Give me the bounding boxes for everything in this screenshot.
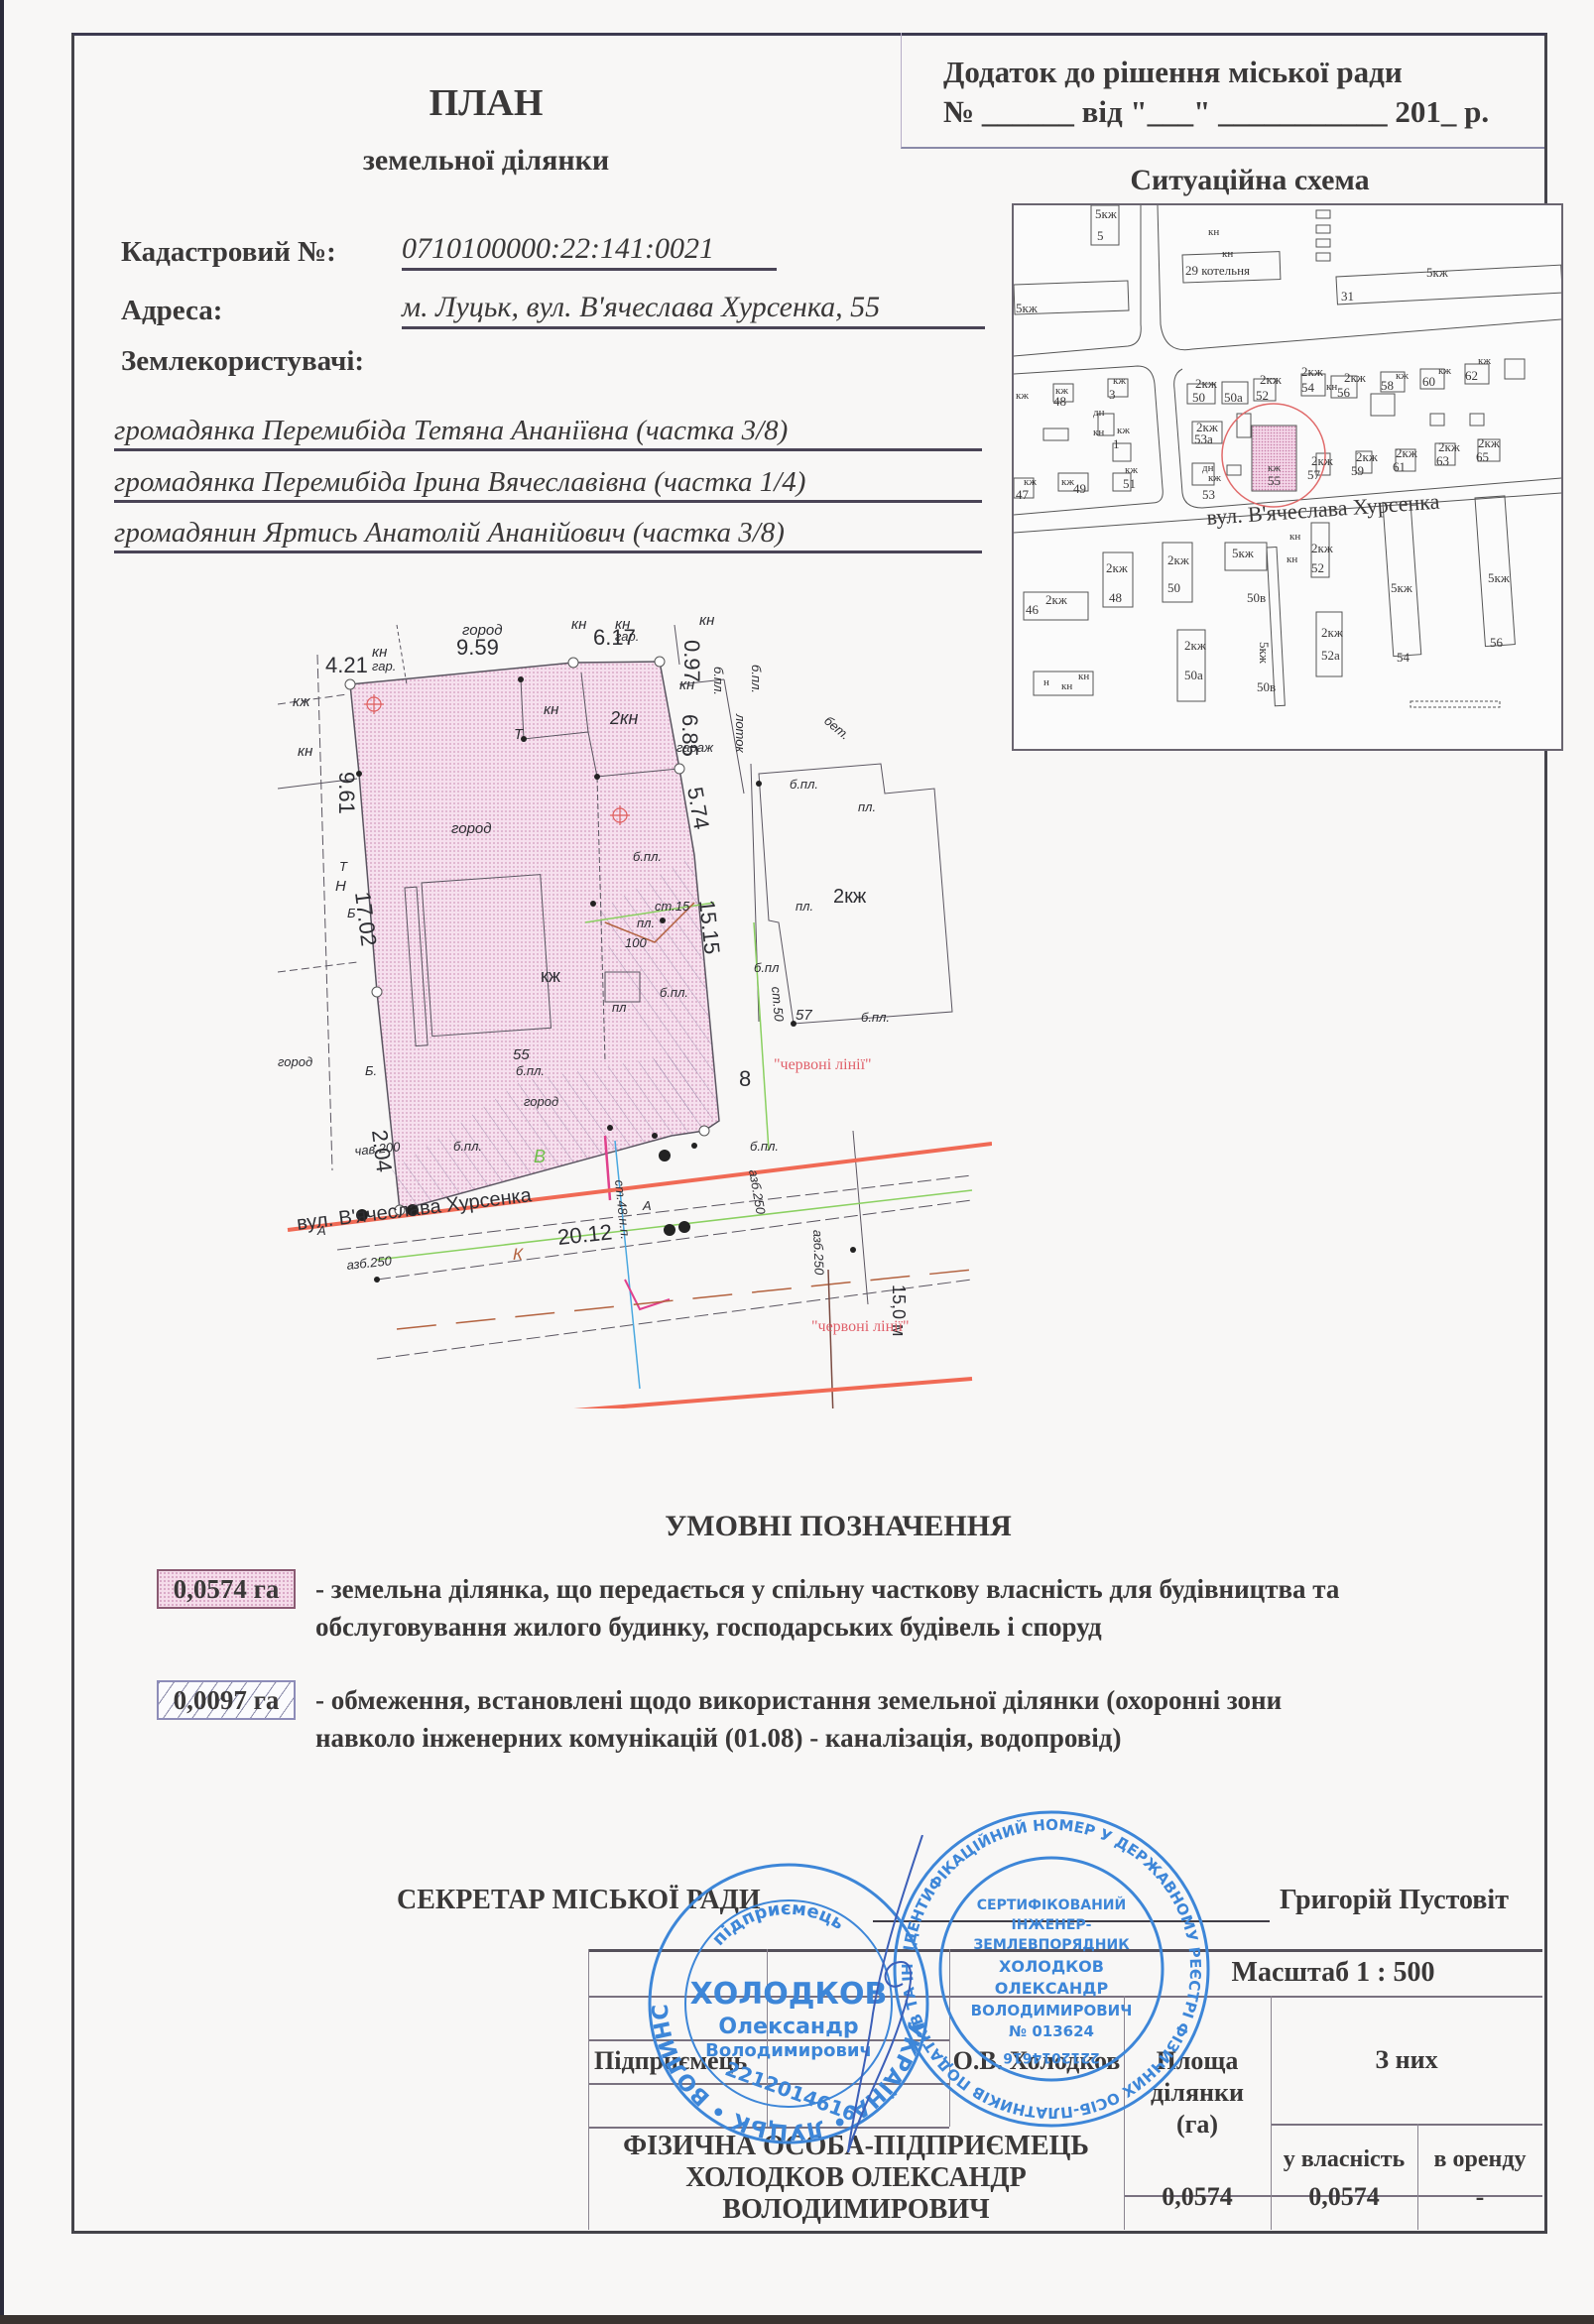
area-value: 0,0574 bbox=[1124, 2163, 1271, 2230]
scheme-label: кж bbox=[1208, 472, 1221, 484]
scheme-label: кн bbox=[1289, 531, 1300, 543]
scheme-label: 31 bbox=[1341, 289, 1354, 304]
cadastral-value: 0710100000:22:141:0021 bbox=[402, 232, 777, 271]
entrepreneur-name: О.В. Холодков bbox=[949, 2039, 1124, 2083]
scheme-label: 2кж bbox=[1167, 552, 1190, 567]
plan-label: азб.250 bbox=[346, 1253, 394, 1273]
plan-label: б.пл. bbox=[749, 665, 764, 693]
scheme-label: 48 bbox=[1109, 590, 1122, 605]
scheme-label: 60 bbox=[1422, 374, 1435, 389]
secretary-role: СЕКРЕТАР МІСЬКОЇ РАДИ bbox=[397, 1885, 761, 1916]
plan-label: 57 bbox=[796, 1007, 812, 1024]
scheme-label: 61 bbox=[1393, 459, 1406, 474]
scheme-label: 53 bbox=[1202, 487, 1215, 502]
plan-label: Т bbox=[339, 859, 348, 874]
page-title: ПЛАН bbox=[288, 81, 684, 125]
scheme-label: 50в bbox=[1247, 590, 1266, 605]
plan-label: 100 bbox=[625, 935, 647, 950]
plan-label: кж bbox=[541, 966, 560, 986]
users-label: Землекористувачі: bbox=[121, 345, 364, 378]
plan-label: гар. bbox=[372, 659, 396, 673]
plan-label: гар. bbox=[615, 629, 639, 644]
addendum-line2: № ______ від "___" ___________ 201_ р. bbox=[943, 94, 1489, 130]
legend-text-line: - земельна ділянка, що передається у спі… bbox=[315, 1570, 1565, 1608]
company-line: ФІЗИЧНА ОСОБА-ПІДПРИЄМЕЦЬ bbox=[623, 2131, 1089, 2162]
parcel-plan-drawing: 4.21 9.59 6.17 0.97 9.61 6.85 5.74 15.15… bbox=[278, 595, 992, 1408]
plan-label: город bbox=[462, 622, 503, 639]
cadastral-label: Кадастровий №: bbox=[121, 236, 336, 269]
plan-label: ст.15 bbox=[655, 899, 690, 914]
plan-label: А bbox=[642, 1198, 652, 1213]
plan-label: гараж bbox=[676, 740, 714, 755]
plan-label: кн bbox=[571, 616, 586, 633]
owner-2: громадянка Перемибіда Ірина Вячеславівна… bbox=[114, 466, 982, 503]
scheme-label: 56 bbox=[1490, 635, 1504, 650]
legend-text-line: - обмеження, встановлені щодо використан… bbox=[315, 1681, 1565, 1719]
scheme-label: кж bbox=[1117, 425, 1130, 436]
parcel-plan-svg: 4.21 9.59 6.17 0.97 9.61 6.85 5.74 15.15… bbox=[278, 595, 992, 1408]
scheme-label: 5кж bbox=[1488, 570, 1511, 585]
address-value: м. Луцьк, вул. В'ячеслава Хурсенка, 55 bbox=[402, 291, 985, 329]
scheme-label: 50 bbox=[1192, 390, 1205, 405]
scheme-label: 50в bbox=[1257, 679, 1276, 694]
scheme-label: 29 котельня bbox=[1185, 263, 1250, 278]
scheme-label: 58 bbox=[1381, 378, 1394, 393]
addendum-box: Додаток до рішення міської ради № ______… bbox=[901, 33, 1544, 149]
scheme-label: 3 bbox=[1109, 387, 1116, 402]
plan-label: пл bbox=[612, 1000, 627, 1015]
plan-label: б.пл. bbox=[633, 849, 662, 864]
plan-label: лоток bbox=[733, 713, 748, 753]
scheme-label: 5кж bbox=[1257, 642, 1272, 665]
plan-label: К bbox=[513, 1245, 524, 1264]
scheme-label: 2кж bbox=[1195, 376, 1218, 391]
scheme-label: 5 bbox=[1097, 228, 1104, 243]
scheme-label: 2кж bbox=[1321, 625, 1344, 640]
scheme-label: 5кж bbox=[1016, 301, 1039, 315]
scheme-label: кж bbox=[1396, 370, 1409, 382]
area-header: Площа ділянки (га) bbox=[1124, 2028, 1271, 2157]
dimension-label: 20.12 bbox=[556, 1219, 613, 1250]
plan-label: б.пл. bbox=[660, 985, 688, 1000]
plan-label: азб.250 bbox=[746, 1168, 769, 1216]
scheme-label: н bbox=[1043, 676, 1049, 688]
scheme-label: 2кж bbox=[1311, 453, 1334, 468]
entrepreneur-label: Підприємець bbox=[588, 2039, 767, 2083]
scheme-label: 53а bbox=[1194, 431, 1213, 446]
scheme-label: 2кж bbox=[1344, 370, 1367, 385]
plan-label: бет. bbox=[821, 713, 853, 743]
scheme-label: кн bbox=[1061, 680, 1072, 692]
plan-label: пл. bbox=[637, 916, 655, 930]
scheme-label: кн bbox=[1326, 381, 1337, 393]
scheme-label: 48 bbox=[1053, 394, 1066, 409]
dimension-label: 4.21 bbox=[325, 653, 368, 677]
scheme-label: 52 bbox=[1256, 388, 1269, 403]
scheme-label: кж bbox=[1016, 390, 1029, 402]
owner-1: громадянка Перемибіда Тетяна Ананіївна (… bbox=[114, 415, 982, 451]
red-lines-label: "червоні лінії" bbox=[811, 1318, 910, 1335]
scheme-label: кн bbox=[1093, 427, 1104, 438]
plan-label: Б bbox=[347, 906, 356, 920]
scheme-label: 57 bbox=[1307, 467, 1321, 482]
plan-label: 2кж bbox=[833, 886, 867, 908]
plan-label: город bbox=[278, 1054, 312, 1069]
scheme-label: 62 bbox=[1465, 368, 1478, 383]
plan-label: азб.250 bbox=[810, 1230, 827, 1277]
scheme-label: 2кж bbox=[1478, 435, 1501, 450]
plan-label: б.пл. bbox=[790, 777, 818, 792]
scheme-label: кж bbox=[1125, 464, 1138, 476]
plan-label: ст.50 bbox=[769, 986, 787, 1023]
owner-3: громадянин Яртись Анатолій Ананійович (ч… bbox=[114, 517, 982, 553]
scheme-label: дн bbox=[1093, 407, 1105, 419]
address-label: Адреса: bbox=[121, 295, 222, 327]
scheme-label: кн bbox=[1078, 671, 1089, 682]
scheme-label: кн bbox=[1208, 226, 1219, 238]
scheme-label: 56 bbox=[1337, 385, 1351, 400]
scheme-label: 47 bbox=[1016, 487, 1030, 502]
signature-line bbox=[873, 1920, 1270, 1922]
plan-label: б.пл. bbox=[750, 1139, 779, 1154]
scheme-label: 2кж bbox=[1311, 541, 1334, 555]
plan-label: кн bbox=[298, 743, 312, 760]
scheme-label: 2кж bbox=[1301, 364, 1324, 379]
plan-label: 55 bbox=[513, 1046, 530, 1063]
scheme-label: 63 bbox=[1436, 453, 1449, 468]
company-line: ВОЛОДИМИРОВИЧ bbox=[722, 2194, 989, 2226]
legend-swatch-restriction: 0,0097 га bbox=[157, 1680, 296, 1720]
rent-value: - bbox=[1417, 2163, 1542, 2230]
legend-text-line: навколо інженерних комунікацій (01.08) -… bbox=[315, 1719, 1565, 1757]
scheme-label: 1 bbox=[1113, 436, 1120, 451]
addendum-line1: Додаток до рішення міської ради bbox=[943, 55, 1403, 90]
owned-value: 0,0574 bbox=[1271, 2163, 1417, 2230]
scheme-label: 54 bbox=[1301, 380, 1315, 395]
scheme-label: 2кж bbox=[1396, 445, 1418, 460]
plan-label: б.пл. bbox=[516, 1063, 545, 1078]
situation-scheme-title: Ситуаційна схема bbox=[1091, 164, 1409, 197]
scheme-label: кж bbox=[1478, 355, 1491, 367]
legend-item-restriction: - обмеження, встановлені щодо використан… bbox=[315, 1681, 1565, 1757]
plan-label: кн bbox=[699, 612, 714, 629]
situation-scheme-map: 5кж 5 кн кн 29 котельня 5кж 31 5кж 2кж 5… bbox=[1012, 203, 1563, 751]
legend-swatch-parcel: 0,0574 га bbox=[157, 1569, 296, 1609]
plan-label: кн bbox=[679, 676, 694, 693]
scheme-label: кн bbox=[1222, 248, 1233, 260]
secretary-name: Григорій Пустовіт bbox=[1280, 1885, 1509, 1916]
dimension-label: 9.61 bbox=[334, 772, 359, 814]
scheme-label: 5кж bbox=[1095, 206, 1118, 221]
dimension-label: 8 bbox=[739, 1066, 751, 1091]
plan-label: В bbox=[534, 1147, 546, 1166]
scheme-label: 5кж bbox=[1391, 580, 1413, 595]
legend-title: УМОВНІ ПОЗНАЧЕННЯ bbox=[555, 1510, 1121, 1543]
scan-edge-bottom bbox=[0, 2315, 1594, 2324]
plan-label: б.пл. bbox=[711, 667, 726, 695]
scheme-label: 52а bbox=[1321, 648, 1340, 663]
scheme-label: 2кж bbox=[1106, 560, 1129, 575]
page-subtitle: земельної ділянки bbox=[238, 144, 734, 178]
scheme-label: 50а bbox=[1224, 390, 1243, 405]
plan-label: Н bbox=[335, 878, 346, 895]
red-lines-label: "червоні лінії" bbox=[774, 1056, 872, 1073]
red-line-2 bbox=[288, 1379, 972, 1408]
scheme-label: 2кж bbox=[1438, 439, 1461, 454]
plan-label: кн bbox=[544, 701, 558, 718]
of-which-header: З них bbox=[1271, 1996, 1542, 2124]
scan-edge bbox=[0, 0, 4, 2324]
plan-label: город bbox=[524, 1094, 558, 1109]
scheme-label: кж bbox=[1113, 375, 1126, 387]
situation-map-svg: 5кж 5 кн кн 29 котельня 5кж 31 5кж 2кж 5… bbox=[1014, 205, 1561, 749]
scheme-label: 54 bbox=[1397, 650, 1410, 665]
scheme-label: кж bbox=[1438, 365, 1451, 377]
scheme-label: 5кж bbox=[1426, 265, 1449, 280]
scheme-label: 59 bbox=[1351, 463, 1364, 478]
scheme-label: кн bbox=[1287, 553, 1297, 565]
plan-label: А bbox=[316, 1223, 326, 1238]
scheme-label: 2кж bbox=[1260, 372, 1283, 387]
plan-label: пл. bbox=[858, 799, 876, 814]
plan-label: Б. bbox=[365, 1063, 377, 1078]
plan-label: б.пл. bbox=[453, 1139, 482, 1154]
scheme-label: 51 bbox=[1123, 476, 1136, 491]
scheme-label: 2кж bbox=[1045, 592, 1068, 607]
scheme-label: 52 bbox=[1311, 560, 1324, 575]
scheme-label: 5кж bbox=[1232, 546, 1255, 560]
plan-label: 2кн bbox=[609, 708, 639, 728]
company-name: ФІЗИЧНА ОСОБА-ПІДПРИЄМЕЦЬ ХОЛОДКОВ ОЛЕКС… bbox=[588, 2127, 1124, 2230]
plan-label: город bbox=[451, 820, 492, 837]
scheme-label: 65 bbox=[1476, 449, 1489, 464]
scheme-label: 2кж bbox=[1184, 638, 1207, 653]
scheme-label: 46 bbox=[1026, 602, 1040, 617]
plan-label: б.пл bbox=[754, 960, 780, 975]
title-block-table: Масштаб 1 : 500 Підприємець О.В. Холодко… bbox=[588, 1949, 1542, 2230]
scheme-label: 49 bbox=[1073, 481, 1086, 496]
plan-label: пл. bbox=[796, 899, 813, 914]
legend-text-line: обслуговування жилого будинку, господарс… bbox=[315, 1608, 1565, 1646]
scheme-label: 50 bbox=[1167, 580, 1180, 595]
scheme-label: 55 bbox=[1268, 473, 1281, 488]
company-line: ХОЛОДКОВ ОЛЕКСАНДР bbox=[685, 2162, 1026, 2194]
scheme-label: 50а bbox=[1184, 668, 1203, 682]
plan-label: б.пл. bbox=[861, 1010, 890, 1025]
plan-label: кж bbox=[293, 693, 310, 710]
scale-label: Масштаб 1 : 500 bbox=[1124, 1949, 1542, 1996]
scheme-label: 2кж bbox=[1356, 449, 1379, 464]
legend-item-parcel: - земельна ділянка, що передається у спі… bbox=[315, 1570, 1565, 1646]
